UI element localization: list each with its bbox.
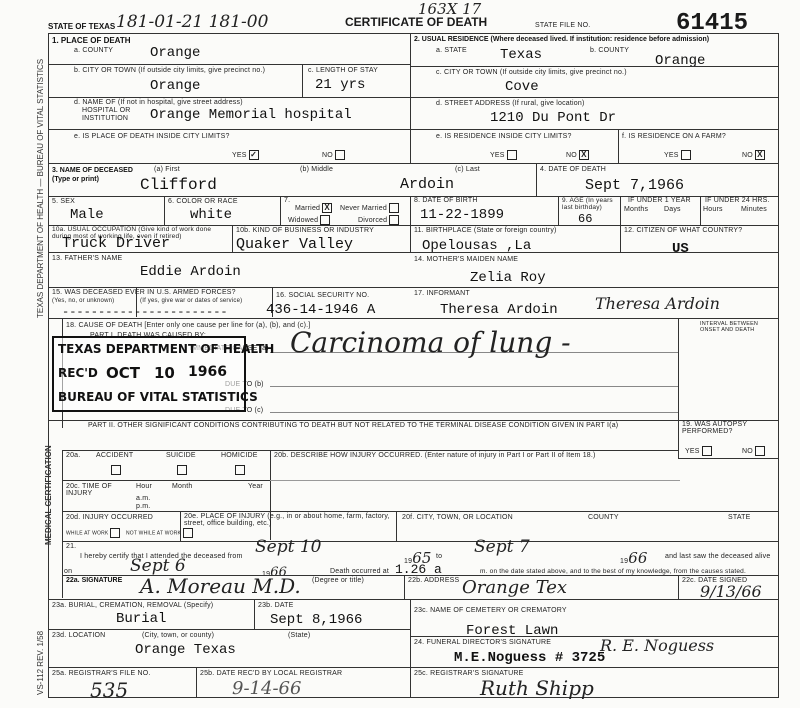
business-label: 10b. KIND OF BUSINESS OR INDUSTRY bbox=[236, 227, 374, 234]
burial-date: Sept 8,1966 bbox=[270, 612, 362, 628]
autopsy-no[interactable]: NO bbox=[742, 446, 765, 456]
informant-label: 17. INFORMANT bbox=[414, 290, 470, 297]
attended-to-date: Sept 7 bbox=[474, 537, 530, 557]
time-of-injury-label: 20c. TIME OF INJURY bbox=[66, 483, 114, 497]
age: 66 bbox=[578, 212, 592, 226]
residence-city-limits-no[interactable]: NOX bbox=[566, 150, 589, 160]
burial-type: Burial bbox=[116, 611, 166, 627]
describe-injury-label: 20b. DESCRIBE HOW INJURY OCCURRED. (Ente… bbox=[274, 452, 596, 459]
occupation: Truck Driver bbox=[62, 235, 170, 252]
to-year[interactable]: 1966 bbox=[620, 549, 648, 567]
autopsy-label: 19. WAS AUTOPSY PERFORMED? bbox=[682, 421, 774, 435]
certification-text-2: and last saw the deceased alive bbox=[665, 553, 770, 560]
sex: Male bbox=[70, 207, 104, 223]
residence-street: 1210 Du Pont Dr bbox=[490, 110, 616, 126]
location-label: 23d. LOCATION bbox=[52, 632, 105, 639]
minutes-label: Minutes bbox=[741, 206, 767, 213]
mother-name: Zelia Roy bbox=[470, 270, 546, 286]
last-name: Ardoin bbox=[400, 176, 454, 193]
checkbox[interactable] bbox=[389, 203, 399, 213]
checkbox-checked[interactable]: ✓ bbox=[249, 150, 259, 160]
sex-label: 5. SEX bbox=[52, 198, 75, 205]
hospital-name: Orange Memorial hospital bbox=[150, 107, 352, 123]
attended-from-date: Sept 10 bbox=[255, 537, 321, 557]
death-county: Orange bbox=[150, 45, 200, 61]
checkbox[interactable] bbox=[320, 215, 330, 225]
month-label: Month bbox=[172, 483, 192, 490]
to-label: to bbox=[436, 553, 442, 560]
race: white bbox=[190, 207, 232, 223]
checkbox[interactable] bbox=[111, 465, 121, 475]
yes-label: YES bbox=[232, 152, 247, 159]
stamp-department: TEXAS DEPARTMENT OF HEALTH bbox=[58, 342, 274, 356]
residence-city-label: c. CITY OR TOWN (If outside city limits,… bbox=[436, 69, 627, 76]
father-name: Eddie Ardoin bbox=[140, 264, 241, 280]
registrar-file-number: 535 bbox=[90, 678, 128, 702]
immediate-cause: Carcinoma of lung - bbox=[290, 326, 571, 359]
part2-label: PART II. OTHER SIGNIFICANT CONDITIONS CO… bbox=[88, 422, 618, 429]
citizen: US bbox=[672, 241, 689, 257]
department-side-label: TEXAS DEPARTMENT OF HEALTH — BUREAU OF V… bbox=[36, 59, 45, 318]
year-prefix: 19 bbox=[620, 558, 628, 565]
form-number-label: VS-112 REV. 1/58 bbox=[36, 631, 45, 695]
not-while-at-work[interactable]: NOT WHILE AT WORK bbox=[126, 528, 193, 538]
state-file-label: STATE FILE NO. bbox=[535, 22, 590, 29]
autopsy-yes[interactable]: YES bbox=[685, 446, 712, 456]
mother-label: 14. MOTHER'S MAIDEN NAME bbox=[414, 256, 518, 263]
date-of-birth: 11-22-1899 bbox=[420, 207, 504, 223]
physician-signature: A. Moreau M.D. bbox=[140, 574, 301, 598]
burial-location: Orange Texas bbox=[135, 642, 236, 658]
am-label: a.m. bbox=[136, 495, 150, 502]
registrar-file-label: 25a. REGISTRAR'S FILE NO. bbox=[52, 670, 151, 677]
checkbox-checked[interactable]: X bbox=[579, 150, 589, 160]
citizen-label: 12. CITIZEN OF WHAT COUNTRY? bbox=[624, 227, 742, 234]
checkbox[interactable] bbox=[389, 215, 399, 225]
while-at-work[interactable]: WHILE AT WORK bbox=[66, 528, 120, 538]
stamp-day: 10 bbox=[154, 364, 175, 382]
checkbox-checked[interactable]: X bbox=[322, 203, 332, 213]
hospital-label-3: INSTITUTION bbox=[82, 115, 128, 122]
county-label: a. COUNTY bbox=[74, 47, 113, 54]
days-label: Days bbox=[664, 206, 681, 213]
registrar-date: 9-14-66 bbox=[232, 678, 301, 699]
stamp-year: 1966 bbox=[188, 364, 227, 380]
residence-city: Cove bbox=[505, 79, 539, 95]
no-label: NO bbox=[742, 448, 753, 455]
injury-type-label: 20a. bbox=[66, 452, 80, 459]
death-city-label: b. CITY OR TOWN (If outside city limits,… bbox=[74, 67, 265, 74]
no-label: NO bbox=[322, 152, 333, 159]
ssn-label: 16. SOCIAL SECURITY NO. bbox=[276, 292, 369, 299]
received-stamp: TEXAS DEPARTMENT OF HEALTH REC'D OCT 10 … bbox=[52, 336, 246, 412]
on-label: on bbox=[64, 568, 72, 575]
to-year-value: 66 bbox=[628, 549, 648, 567]
stamp-bureau: BUREAU OF VITAL STATISTICS bbox=[58, 390, 258, 404]
certification-number: 21. bbox=[66, 543, 76, 550]
checkbox[interactable] bbox=[335, 150, 345, 160]
first-name-label: (a) First bbox=[154, 166, 180, 173]
widowed-label: Widowed bbox=[288, 217, 318, 224]
race-label: 6. COLOR OR RACE bbox=[168, 198, 238, 205]
business: Quaker Valley bbox=[236, 236, 353, 253]
married-label: Married bbox=[295, 205, 320, 212]
residence-label: 2. USUAL RESIDENCE (Where deceased lived… bbox=[414, 36, 709, 43]
checkbox[interactable] bbox=[235, 465, 245, 475]
father-label: 13. FATHER'S NAME bbox=[52, 255, 122, 262]
middle-name-label: (b) Middle bbox=[300, 166, 333, 173]
armed-dates-label: (If yes, give war or dates of service) bbox=[140, 298, 242, 304]
place-of-death-label: 1. PLACE OF DEATH bbox=[52, 36, 131, 45]
last-name-label: (c) Last bbox=[455, 166, 480, 173]
death-occurred-at-label: Death occurred at bbox=[330, 568, 389, 575]
pm-label: p.m. bbox=[136, 503, 150, 510]
injury-location-label: 20f. CITY, TOWN, OR LOCATION bbox=[402, 514, 513, 521]
never-married-label: Never Married bbox=[340, 205, 387, 212]
marital-label: 7. bbox=[284, 197, 290, 204]
location-city-label: (City, town, or county) bbox=[142, 632, 214, 639]
cause-label: 18. CAUSE OF DEATH [Enter only one cause… bbox=[66, 322, 310, 329]
farm-yes[interactable]: YES bbox=[664, 150, 691, 160]
no-label: NO bbox=[566, 152, 577, 159]
deceased-name-label: 3. NAME OF DECEASED (Type or print) bbox=[52, 166, 142, 184]
accident-option[interactable]: ACCIDENT bbox=[96, 452, 133, 475]
marital-never-married[interactable]: Never Married bbox=[340, 203, 399, 213]
handwritten-codes: 181-01-21 181-00 bbox=[116, 12, 268, 32]
informant-signature: Theresa Ardoin bbox=[595, 294, 720, 313]
burial-date-label: 23b. DATE bbox=[258, 602, 294, 609]
place-of-injury-label: 20e. PLACE OF INJURY (e.g., in or about … bbox=[184, 513, 394, 527]
length-of-stay-label: c. LENGTH OF STAY bbox=[308, 67, 378, 74]
ssn: 436-14-1946 A bbox=[266, 302, 375, 318]
divorced-label: Divorced bbox=[358, 217, 387, 224]
stamp-month: OCT bbox=[106, 364, 140, 382]
checkbox[interactable] bbox=[507, 150, 517, 160]
yes-label: YES bbox=[490, 152, 505, 159]
residence-city-limits-yes[interactable]: YES bbox=[490, 150, 517, 160]
cemetery-label: 23c. NAME OF CEMETERY OR CREMATORY bbox=[414, 607, 567, 614]
armed-yn-label: (Yes, no, or unknown) bbox=[52, 298, 114, 304]
marital-married[interactable]: MarriedX bbox=[295, 203, 332, 213]
registrar-date-label: 25b. DATE REC'D BY LOCAL REGISTRAR bbox=[200, 670, 342, 677]
dob-label: 8. DATE OF BIRTH bbox=[414, 197, 478, 204]
marital-widowed[interactable]: Widowed bbox=[288, 215, 330, 225]
date-of-death: Sept 7,1966 bbox=[585, 177, 684, 194]
address-label: 22b. ADDRESS bbox=[408, 577, 459, 584]
checkbox[interactable] bbox=[702, 446, 712, 456]
hospital-label-2: HOSPITAL OR bbox=[82, 107, 131, 114]
certification-text-3: m. on the date stated above, and to the … bbox=[480, 568, 746, 575]
hour-label: Hour bbox=[136, 483, 152, 490]
date-of-death-label: 4. DATE OF DEATH bbox=[540, 166, 606, 173]
yes-label: YES bbox=[685, 448, 700, 455]
death-city: Orange bbox=[150, 78, 200, 94]
under-year-label: IF UNDER 1 YEAR bbox=[628, 197, 691, 204]
armed-forces-value: ----------------------- bbox=[62, 305, 228, 319]
armed-forces-label: 15. WAS DECEASED EVER IN U.S. ARMED FORC… bbox=[52, 289, 236, 296]
checkbox[interactable] bbox=[177, 465, 187, 475]
checkbox-checked[interactable]: X bbox=[755, 150, 765, 160]
death-city-limits-no[interactable]: NO bbox=[322, 150, 345, 160]
informant: Theresa Ardoin bbox=[440, 302, 558, 318]
checkbox[interactable] bbox=[110, 528, 120, 538]
funeral-director: M.E.Noguess # 3725 bbox=[454, 650, 605, 666]
not-while-at-work-label: NOT WHILE AT WORK bbox=[126, 530, 181, 536]
title-annotation: 163X 17 bbox=[418, 0, 481, 18]
first-name: Clifford bbox=[140, 176, 217, 194]
injury-county-label: COUNTY bbox=[588, 514, 619, 521]
last-seen-date: Sept 6 bbox=[130, 556, 186, 576]
death-city-limits-label: e. IS PLACE OF DEATH INSIDE CITY LIMITS? bbox=[74, 133, 230, 140]
farm-label: f. IS RESIDENCE ON A FARM? bbox=[622, 133, 726, 140]
yes-label: YES bbox=[664, 152, 679, 159]
homicide-label: HOMICIDE bbox=[221, 452, 258, 459]
burial-label: 23a. BURIAL, CREMATION, REMOVAL (Specify… bbox=[52, 602, 213, 609]
death-city-limits-yes[interactable]: YES✓ bbox=[232, 150, 259, 160]
funeral-director-label: 24. FUNERAL DIRECTOR'S SIGNATURE bbox=[414, 639, 551, 646]
hours-label: Hours bbox=[703, 206, 723, 213]
birthplace-label: 11. BIRTHPLACE (State or foreign country… bbox=[414, 227, 557, 234]
marital-divorced[interactable]: Divorced bbox=[358, 215, 399, 225]
street-label: d. STREET ADDRESS (If rural, give locati… bbox=[436, 100, 585, 107]
no-label: NO bbox=[742, 152, 753, 159]
location-state-label: (State) bbox=[288, 632, 310, 639]
suicide-label: SUICIDE bbox=[166, 452, 196, 459]
funeral-director-signature: R. E. Noguess bbox=[600, 636, 714, 655]
months-label: Months bbox=[624, 206, 648, 213]
stamp-recd: REC'D bbox=[58, 366, 98, 380]
accident-label: ACCIDENT bbox=[96, 452, 133, 459]
injury-state-label: STATE bbox=[728, 514, 751, 521]
hospital-label: d. NAME OF (If not in hospital, give str… bbox=[74, 99, 243, 106]
interval-label: INTERVAL BETWEEN ONSET AND DEATH bbox=[700, 321, 770, 333]
degree-label: (Degree or title) bbox=[312, 577, 364, 584]
residence-state: Texas bbox=[500, 47, 542, 63]
state-label: STATE OF TEXAS bbox=[48, 22, 115, 31]
suicide-option[interactable]: SUICIDE bbox=[166, 452, 196, 475]
farm-no[interactable]: NOX bbox=[742, 150, 765, 160]
under-day-label: IF UNDER 24 HRS. bbox=[705, 197, 770, 204]
injury-occurred-label: 20d. INJURY OCCURRED bbox=[66, 514, 153, 521]
residence-county-label: b. COUNTY bbox=[590, 47, 629, 54]
registrar-signature: Ruth Shipp bbox=[480, 676, 594, 700]
signature-label: 22a. SIGNATURE bbox=[66, 577, 122, 584]
year-label: Year bbox=[248, 483, 263, 490]
residence-state-label: a. STATE bbox=[436, 47, 467, 54]
checkbox[interactable] bbox=[755, 446, 765, 456]
age-label: 9. AGE (In years last birthday) bbox=[562, 197, 618, 211]
homicide-option[interactable]: HOMICIDE bbox=[221, 452, 258, 475]
length-of-stay: 21 yrs bbox=[315, 77, 365, 93]
residence-city-limits-label: e. IS RESIDENCE INSIDE CITY LIMITS? bbox=[436, 133, 572, 140]
while-at-work-label: WHILE AT WORK bbox=[66, 530, 108, 536]
checkbox[interactable] bbox=[183, 528, 193, 538]
physician-address: Orange Tex bbox=[462, 577, 567, 598]
checkbox[interactable] bbox=[681, 150, 691, 160]
